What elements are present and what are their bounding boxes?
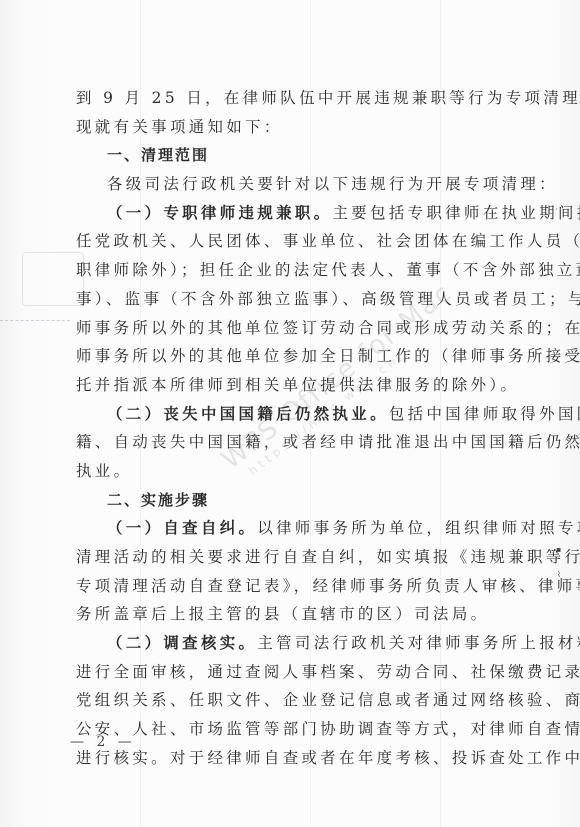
page-number: — 2 — — [70, 734, 136, 750]
section-heading: 一、清理范围 — [76, 141, 516, 170]
clause-title: （二）调查核实。 — [107, 634, 257, 652]
clause-text: 主管司法行政机关对律师事务所上报材料 — [257, 634, 580, 652]
clause-text: 主要包括专职律师在执业期间担 — [333, 204, 580, 222]
text-line: 公安、人社、市场监管等部门协助调查等方式，对律师自查情况 — [76, 715, 516, 744]
clause-title: （二）丧失中国国籍后仍然执业。 — [107, 405, 389, 423]
text-line: 职律师除外）；担任企业的法定代表人、董事（不含外部独立董 — [76, 256, 516, 285]
text-line: 执业。 — [76, 457, 516, 486]
text-line: 进行全面审核，通过查阅人事档案、劳动合同、社保缴费记录、 — [76, 658, 516, 687]
text-line: （一）自查自纠。以律师事务所为单位，组织律师对照专项 — [76, 514, 516, 543]
text-line: 党组织关系、任职文件、企业登记信息或者通过网络核验、商请 — [76, 686, 516, 715]
clause-text: 以律师事务所为单位，组织律师对照专项 — [257, 519, 580, 537]
text-line: （二）调查核实。主管司法行政机关对律师事务所上报材料 — [76, 629, 516, 658]
text-line: 任党政机关、人民团体、事业单位、社会团体在编工作人员（兼 — [76, 227, 516, 256]
text-line: 到 9 月 25 日，在律师队伍中开展违规兼职等行为专项清理活动。 — [76, 84, 516, 113]
margin-rule — [0, 320, 70, 322]
text-line: 各级司法行政机关要针对以下违规行为开展专项清理： — [76, 170, 516, 199]
text-line: 清理活动的相关要求进行自查自纠，如实填报《违规兼职等行为 — [76, 543, 516, 572]
text-line: 籍、自动丧失中国国籍，或者经申请批准退出中国国籍后仍然 — [76, 428, 516, 457]
text-line: 托并指派本所律师到相关单位提供法律服务的除外）。 — [76, 371, 516, 400]
text-line: 师事务所以外的其他单位签订劳动合同或形成劳动关系的；在律 — [76, 314, 516, 343]
document-body: 到 9 月 25 日，在律师队伍中开展违规兼职等行为专项清理活动。现就有关事项通… — [76, 84, 516, 773]
section-heading: 二、实施步骤 — [76, 486, 516, 515]
text-line: 师事务所以外的其他单位参加全日制工作的（律师事务所接受委 — [76, 342, 516, 371]
text-line: 务所盖章后上报主管的县（直辖市的区）司法局。 — [76, 600, 516, 629]
text-line: （一）专职律师违规兼职。主要包括专职律师在执业期间担 — [76, 199, 516, 228]
clause-title: （一）专职律师违规兼职。 — [107, 204, 333, 222]
text-line: 事）、监事（不含外部独立监事）、高级管理人员或者员工；与律 — [76, 285, 516, 314]
text-line: 进行核实。对于经律师自查或者在年度考核、投诉查处工作中掌 — [76, 744, 516, 773]
clause-text: 包括中国律师取得外国国 — [389, 405, 580, 423]
faded-stamp — [22, 252, 84, 306]
clause-title: （一）自查自纠。 — [107, 519, 257, 537]
text-line: （二）丧失中国国籍后仍然执业。包括中国律师取得外国国 — [76, 400, 516, 429]
text-line: 现就有关事项通知如下： — [76, 113, 516, 142]
text-line: 专项清理活动自查登记表》，经律师事务所负责人审核、律师事 — [76, 572, 516, 601]
scanned-page: · · ▪ ⌇ WPS Office for Mac https://mac.w… — [0, 0, 580, 827]
